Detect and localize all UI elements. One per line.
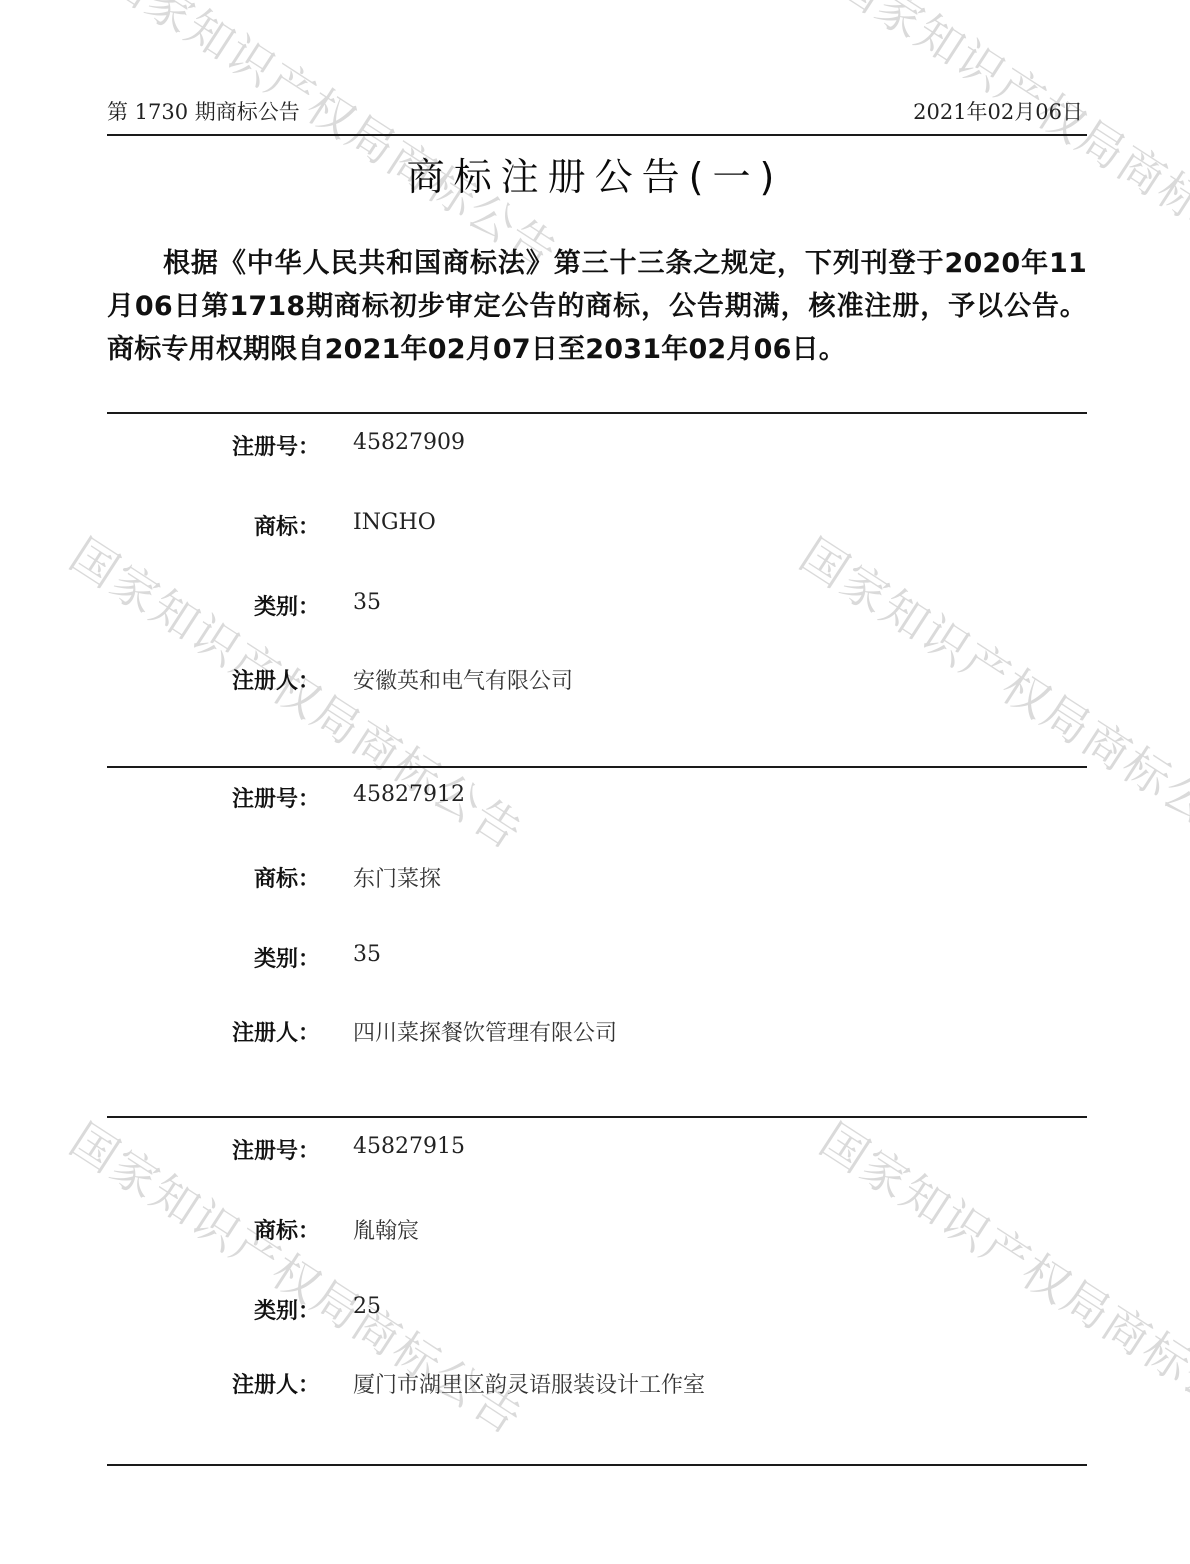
registrant-label: 注册人： [232, 664, 320, 695]
registrant-row: 注册人： 四川菜探餐饮管理有限公司 [0, 1016, 1190, 1048]
reg-no-row: 注册号： 45827912 [0, 782, 1190, 814]
class-row: 类别： 25 [0, 1294, 1190, 1326]
registrant-value: 四川菜探餐饮管理有限公司 [353, 1016, 617, 1047]
issue-number: 第 1730 期商标公告 [107, 96, 300, 126]
reg-no-row: 注册号： 45827909 [0, 430, 1190, 462]
mark-row: 商标： 胤翰宸 [0, 1214, 1190, 1246]
reg-no-row: 注册号： 45827915 [0, 1134, 1190, 1166]
class-value: 35 [353, 942, 381, 967]
reg-no-value: 45827909 [353, 430, 465, 455]
class-value: 25 [353, 1294, 381, 1319]
mark-row: 商标： 东门菜探 [0, 862, 1190, 894]
registrant-row: 注册人： 安徽英和电气有限公司 [0, 664, 1190, 696]
issue-date: 2021年02月06日 [913, 96, 1083, 126]
section-rule [107, 766, 1087, 768]
class-row: 类别： 35 [0, 590, 1190, 622]
reg-no-label: 注册号： [232, 1134, 320, 1165]
reg-no-label: 注册号： [232, 430, 320, 461]
mark-value: 胤翰宸 [353, 1214, 419, 1245]
mark-row: 商标： INGHO [0, 510, 1190, 542]
registrant-value: 厦门市湖里区韵灵语服装设计工作室 [353, 1368, 705, 1399]
class-row: 类别： 35 [0, 942, 1190, 974]
registrant-label: 注册人： [232, 1368, 320, 1399]
registrant-label: 注册人： [232, 1016, 320, 1047]
reg-no-value: 45827912 [353, 782, 465, 807]
mark-label: 商标： [254, 510, 320, 541]
footer-rule [107, 1464, 1087, 1466]
reg-no-value: 45827915 [353, 1134, 465, 1159]
section-rule [107, 412, 1087, 414]
registrant-row: 注册人： 厦门市湖里区韵灵语服装设计工作室 [0, 1368, 1190, 1400]
class-label: 类别： [254, 590, 320, 621]
mark-label: 商标： [254, 1214, 320, 1245]
section-rule [107, 1116, 1087, 1118]
header-rule [107, 134, 1087, 136]
reg-no-label: 注册号： [232, 782, 320, 813]
class-label: 类别： [254, 942, 320, 973]
announcement-page: 国家知识产权局商标公告 国家知识产权局商标公告 国家知识产权局商标公告 国家知识… [0, 0, 1190, 1564]
watermark: 国家知识产权局商标公告 [94, 0, 573, 283]
class-value: 35 [353, 590, 381, 615]
class-label: 类别： [254, 1294, 320, 1325]
mark-label: 商标： [254, 862, 320, 893]
registrant-value: 安徽英和电气有限公司 [353, 664, 573, 695]
mark-value: INGHO [353, 510, 436, 535]
intro-paragraph: 根据《中华人民共和国商标法》第三十三条之规定，下列刊登于2020年11月06日第… [107, 242, 1087, 371]
mark-value: 东门菜探 [353, 862, 441, 893]
page-title: 商标注册公告(一) [0, 146, 1190, 201]
